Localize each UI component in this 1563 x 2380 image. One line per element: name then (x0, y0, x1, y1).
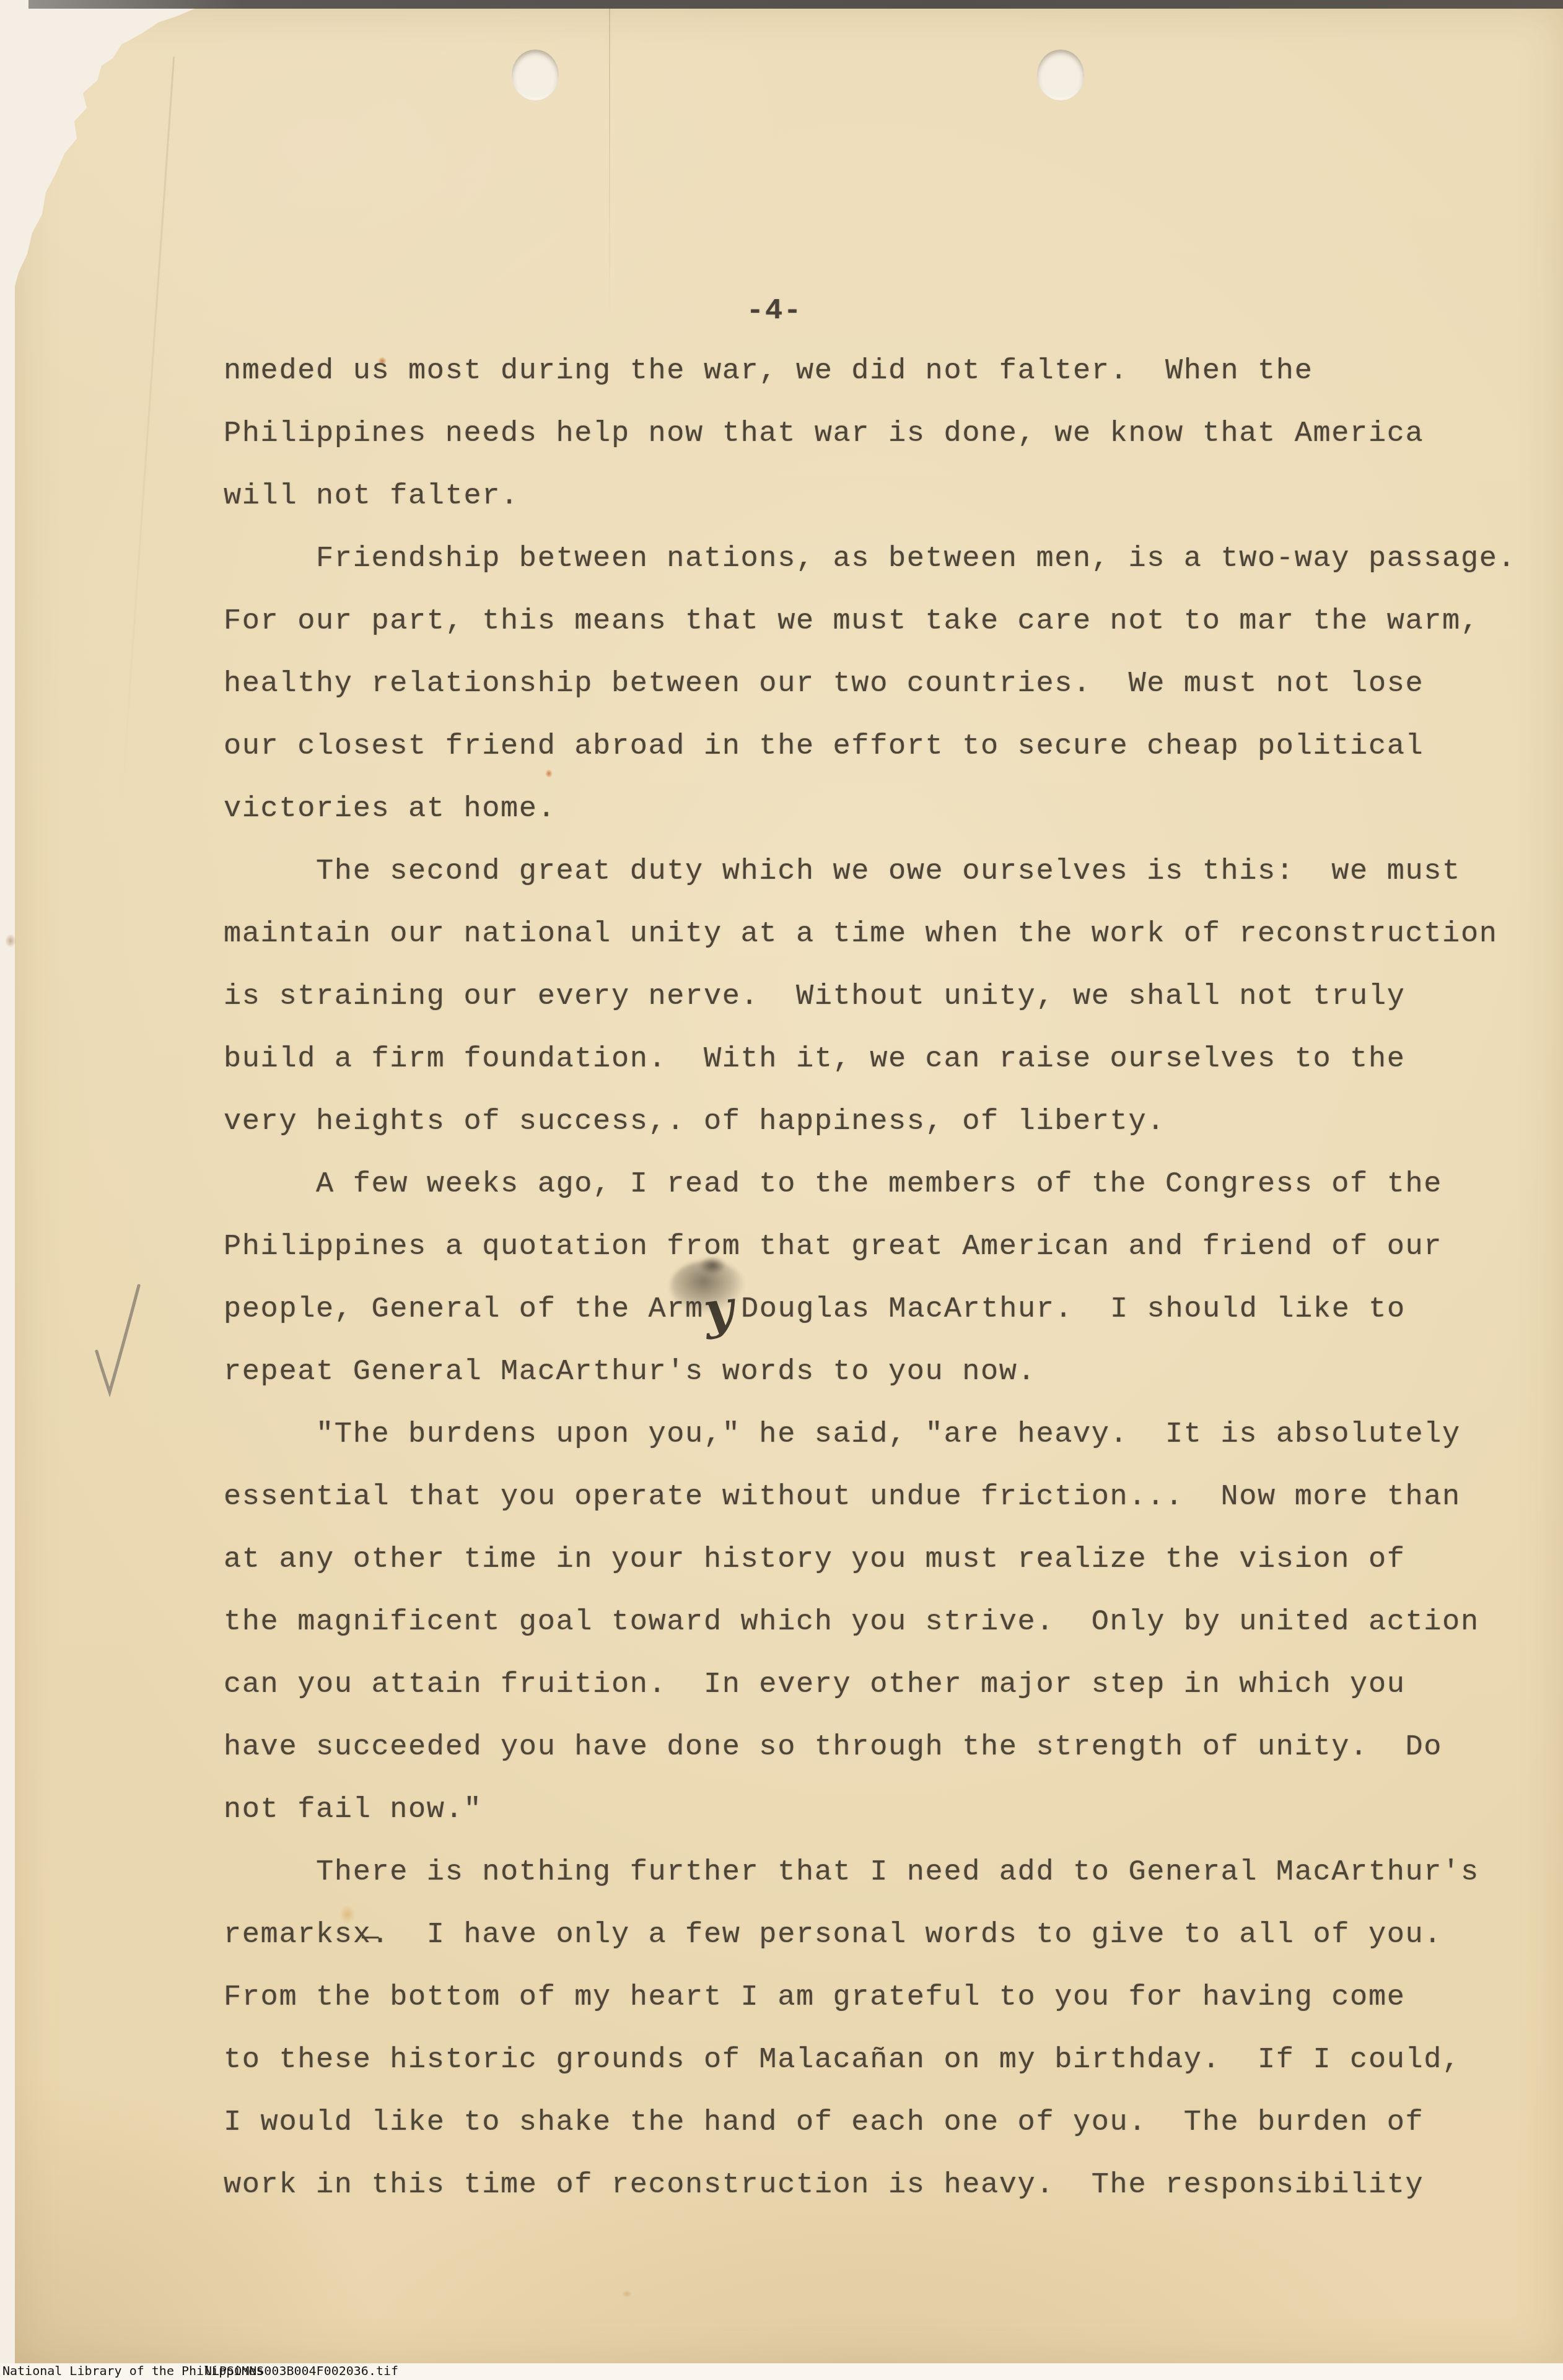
typed-line: people, General of the ArmyDouglas MacAr… (224, 1278, 1516, 1341)
typed-line: our closest friend abroad in the effort … (224, 715, 1516, 778)
typed-line: not fail now." (224, 1779, 1516, 1841)
typed-line: healthy relationship between our two cou… (224, 653, 1516, 715)
typed-line: essential that you operate without undue… (224, 1466, 1516, 1528)
typed-line: Philippines needs help now that war is d… (224, 403, 1516, 465)
typed-line: repeat General MacArthur's words to you … (224, 1341, 1516, 1403)
typescript-body: nmeded us most during the war, we did no… (224, 340, 1516, 2217)
ink-smudge (699, 1256, 726, 1275)
typed-line: at any other time in your history you mu… (224, 1528, 1516, 1591)
typed-line: remarksx̶. I have only a few personal wo… (224, 1904, 1516, 1966)
scan-filename: NLPSOMNS003B004F002036.tif (204, 2363, 398, 2378)
typed-line: maintain our national unity at a time wh… (224, 903, 1516, 966)
stain-spot (5, 934, 16, 948)
typed-line: victories at home. (224, 778, 1516, 840)
typed-line: "The burdens upon you," he said, "are he… (224, 1403, 1516, 1466)
typed-line: Philippines a quotation from that great … (224, 1216, 1516, 1278)
typed-line: There is nothing further that I need add… (224, 1841, 1516, 1904)
typed-line: The second great duty which we owe ourse… (224, 840, 1516, 903)
typed-line: to these historic grounds of Malacañan o… (224, 2029, 1516, 2091)
page-number: -4- (712, 280, 836, 342)
typed-line: can you attain fruition. In every other … (224, 1654, 1516, 1716)
typed-line: Friendship between nations, as between m… (224, 528, 1516, 590)
typed-line: have succeeded you have done so through … (224, 1716, 1516, 1779)
punch-hole-right (1037, 50, 1084, 100)
typed-line: nmeded us most during the war, we did no… (224, 340, 1516, 403)
typed-line: very heights of success,. of happiness, … (224, 1091, 1516, 1153)
typed-segment: people, General of the Arm (224, 1293, 704, 1326)
typed-line: A few weeks ago, I read to the members o… (224, 1153, 1516, 1216)
scan-top-edge (28, 0, 1563, 9)
document-scan-page: -4- nmeded us most during the war, we di… (0, 0, 1563, 2380)
typed-line: is straining our every nerve. Without un… (224, 966, 1516, 1028)
typed-line: For our part, this means that we must ta… (224, 590, 1516, 653)
typed-line: I would like to shake the hand of each o… (224, 2091, 1516, 2154)
typed-line: will not falter. (224, 465, 1516, 528)
typed-line: From the bottom of my heart I am gratefu… (224, 1966, 1516, 2029)
typed-segment: Douglas MacArthur. I should like to (741, 1293, 1406, 1326)
punch-hole-left (512, 50, 559, 100)
typed-line: build a firm foundation. With it, we can… (224, 1028, 1516, 1091)
typed-line: the magnificent goal toward which you st… (224, 1591, 1516, 1654)
margin-checkmark-icon (90, 1278, 146, 1402)
typed-line: work in this time of reconstruction is h… (224, 2154, 1516, 2217)
paper-crease (609, 9, 610, 331)
stain-spot (622, 2290, 632, 2298)
